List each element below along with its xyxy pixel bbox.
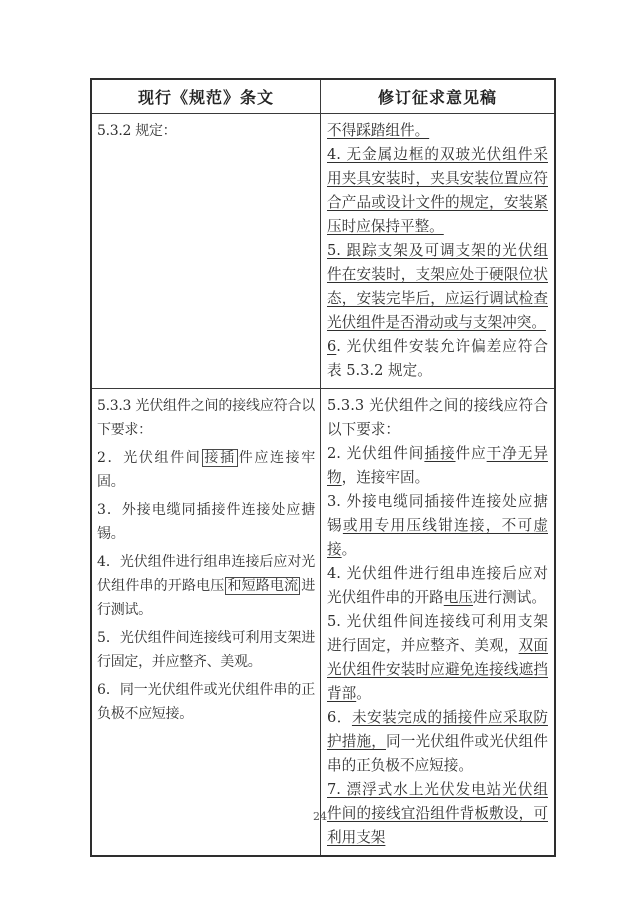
table-header-revised-draft: 修订征求意见稿	[321, 80, 554, 114]
header-label: 现行《规范》条文	[138, 85, 274, 108]
revised-clause-title: 5.3.3 光伏组件之间的接线应符合以下要求：	[327, 394, 548, 442]
boxed-text: 接插	[202, 449, 237, 467]
document-page: 现行《规范》条文 修订征求意见稿 5.3.2 规定： 不得踩踏组件。 4. 无金…	[0, 0, 640, 905]
current-item-6: 6．同一光伏组件或光伏组件串的正负极不应短接。	[97, 678, 315, 726]
clause-5-3-2-label: 5.3.2 规定：	[97, 119, 315, 143]
current-item-5: 5．光伏组件间连接线可利用支架进行固定，并应整齐、美观。	[97, 626, 315, 674]
header-label: 修订征求意见稿	[378, 85, 497, 108]
revised-item-4-frameless: 4. 无金属边框的双玻光伏组件采用夹具安装时，夹具安装位置应符合产品或设计文件的…	[327, 143, 548, 239]
table-header-current-spec: 现行《规范》条文	[92, 80, 321, 114]
cell-revised-5-3-2: 不得踩踏组件。 4. 无金属边框的双玻光伏组件采用夹具安装时，夹具安装位置应符合…	[321, 114, 554, 389]
page-number: 24	[0, 810, 640, 823]
current-item-4: 4．光伏组件进行组串连接后应对光伏组件串的开路电压和短路电流进行测试。	[97, 550, 315, 622]
revised-item-6-deviation: 6. 光伏组件安装允许偏差应符合表 5.3.2 规定。	[327, 335, 548, 383]
cell-current-5-3-3: 5.3.3 光伏组件之间的接线应符合以下要求： 2．光伏组件间接插件应连接牢固。…	[92, 389, 321, 855]
revised-item-2: 2. 光伏组件间插接件应干净无异物，连接牢固。	[327, 442, 548, 490]
revised-no-stepping: 不得踩踏组件。	[327, 119, 548, 143]
revised-item-5-tracker: 5. 跟踪支架及可调支架的光伏组件在安装时，支架应处于硬限位状态，安装完毕后，应…	[327, 239, 548, 335]
cell-current-5-3-2: 5.3.2 规定：	[92, 114, 321, 389]
boxed-text: 和短路电流	[225, 577, 300, 595]
revised-item-4: 4. 光伏组件进行组串连接后应对光伏组件串的开路电压进行测试。	[327, 562, 548, 610]
revised-item-6: 6．未安装完成的插接件应采取防护措施，同一光伏组件或光伏组件串的正负极不应短接。	[327, 706, 548, 778]
revised-item-5: 5. 光伏组件间连接线可利用支架进行固定，并应整齐、美观，双面光伏组件安装时应避…	[327, 610, 548, 706]
comparison-table: 现行《规范》条文 修订征求意见稿 5.3.2 规定： 不得踩踏组件。 4. 无金…	[90, 78, 556, 857]
current-clause-title: 5.3.3 光伏组件之间的接线应符合以下要求：	[97, 394, 315, 442]
current-item-3: 3．外接电缆同插接件连接处应搪锡。	[97, 498, 315, 546]
cell-revised-5-3-3: 5.3.3 光伏组件之间的接线应符合以下要求： 2. 光伏组件间插接件应干净无异…	[321, 389, 554, 855]
revised-item-3: 3. 外接电缆同插接件连接处应搪锡或用专用压线钳连接，不可虚接。	[327, 490, 548, 562]
current-item-2: 2．光伏组件间接插件应连接牢固。	[97, 446, 315, 494]
